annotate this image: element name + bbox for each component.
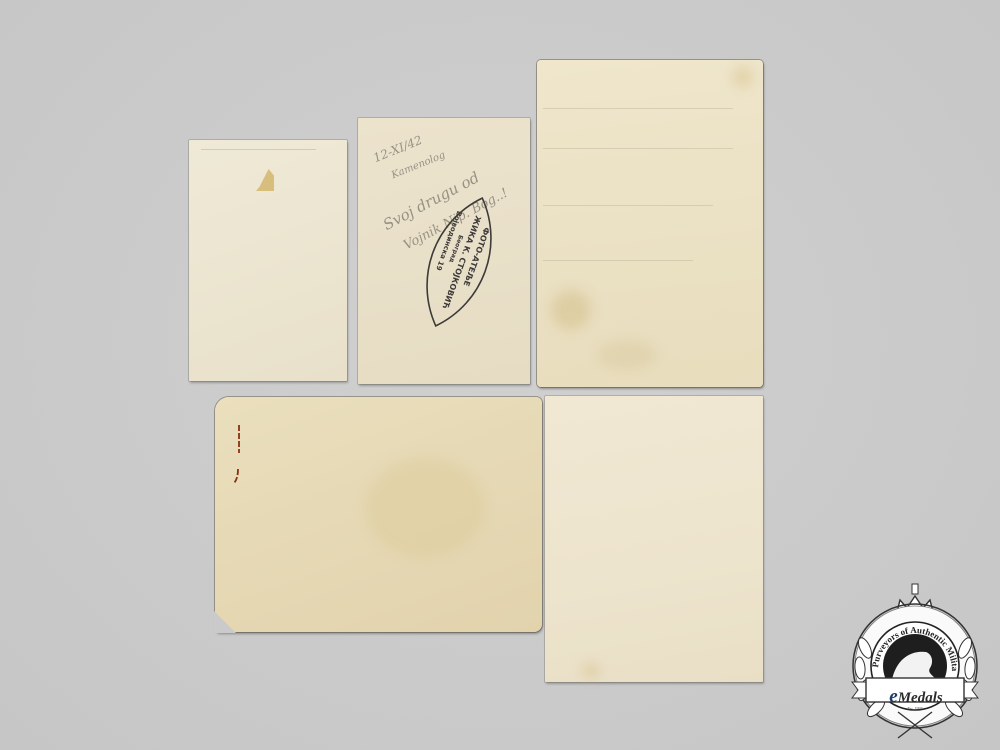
torn-corner [214,611,236,633]
photo-back-card-2: 12-XI/42 Kamenolog Svoj drugu od Vojnik … [358,118,530,384]
faint-rule-line [543,148,733,149]
ink-mark-icon [234,425,240,485]
photo-back-card-1 [189,140,347,381]
photo-scene: 12-XI/42 Kamenolog Svoj drugu od Vojnik … [0,0,1000,750]
age-stain [551,290,591,330]
logo-brand-name: eMedals [876,686,956,708]
photo-back-card-5 [545,396,763,682]
logo-badge-icon: Purveyors of Authentic Militaria [840,578,990,743]
faint-rule-line [543,205,713,206]
age-stain [597,340,657,370]
gold-paper-fragment [256,169,274,191]
faint-rule-line [543,108,733,109]
emedals-logo: Purveyors of Authentic Militaria eMedals… [840,578,990,743]
faint-rule-line [543,260,693,261]
photo-back-card-4 [215,397,542,632]
faint-rule-line [201,149,316,150]
logo-established: Est. 1997 [900,706,930,711]
age-stain [583,664,599,678]
photo-back-card-3 [537,60,763,387]
age-stain [732,66,754,88]
age-stain [365,457,485,557]
logo-brand-suffix: Medals [898,690,943,706]
logo-brand-prefix: e [889,686,897,707]
